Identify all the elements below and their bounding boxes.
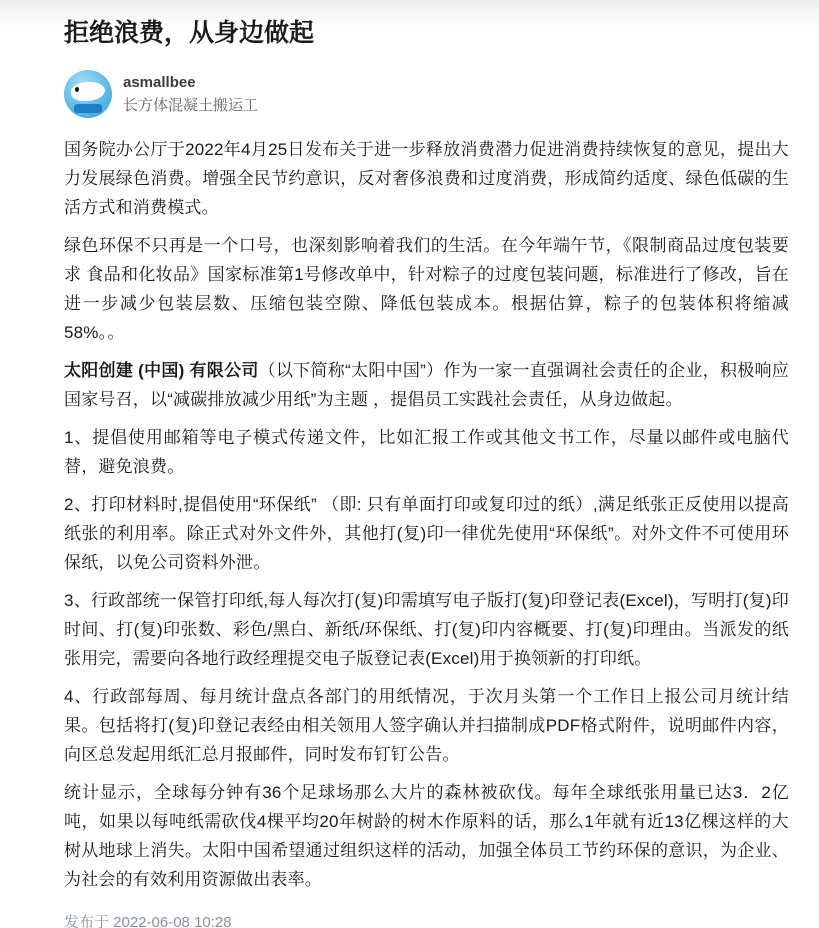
paragraph-rule-2: 2、打印材料时,提倡使用“环保纸” （即: 只有单面打印或复印过的纸）,满足纸张…: [64, 490, 789, 577]
paragraph-rule-1: 1、提倡使用邮箱等电子模式传递文件，比如汇报工作或其他文书工作，尽量以邮件或电脑…: [64, 423, 789, 481]
article-body: 国务院办公厅于2022年4月25日发布关于进一步释放消费潜力促进消费持续恢复的意…: [64, 135, 789, 894]
author-name[interactable]: asmallbee: [123, 73, 258, 93]
avatar-eye-dot: [75, 87, 79, 92]
paragraph-intro: 国务院办公厅于2022年4月25日发布关于进一步释放消费潜力促进消费持续恢复的意…: [64, 135, 789, 222]
publish-time: 发布于 2022-06-08 10:28: [64, 912, 789, 928]
paragraph-company: 太阳创建 (中国) 有限公司（以下简称“太阳中国”）作为一家一直强调社会责任的企…: [64, 356, 789, 414]
author-avatar[interactable]: [64, 70, 112, 118]
author-card: asmallbee 长方体混凝土搬运工: [64, 70, 789, 118]
article-title: 拒绝浪费，从身边做起: [64, 16, 789, 50]
paragraph-statistics: 统计显示，全球每分钟有36个足球场那么大片的森林被砍伐。每年全球纸张用量已达3．…: [64, 778, 789, 894]
author-info: asmallbee 长方体混凝土搬运工: [123, 73, 258, 116]
company-name-bold: 太阳创建 (中国) 有限公司: [64, 361, 259, 380]
author-headline: 长方体混凝土搬运工: [123, 96, 258, 116]
paragraph-rule-4: 4、行政部每周、每月统计盘点各部门的用纸情况，于次月头第一个工作日上报公司月统计…: [64, 682, 789, 769]
paragraph-rule-3: 3、行政部统一保管打印纸,每人每次打(复)印需填写电子版打(复)印登记表(Exc…: [64, 586, 789, 673]
article-page: 拒绝浪费，从身边做起 asmallbee 长方体混凝土搬运工 国务院办公厅于20…: [0, 0, 819, 928]
paragraph-background: 绿色环保不只再是一个口号，也深刻影响着我们的生活。在今年端午节，《限制商品过度包…: [64, 231, 789, 347]
avatar-band: [74, 104, 102, 113]
